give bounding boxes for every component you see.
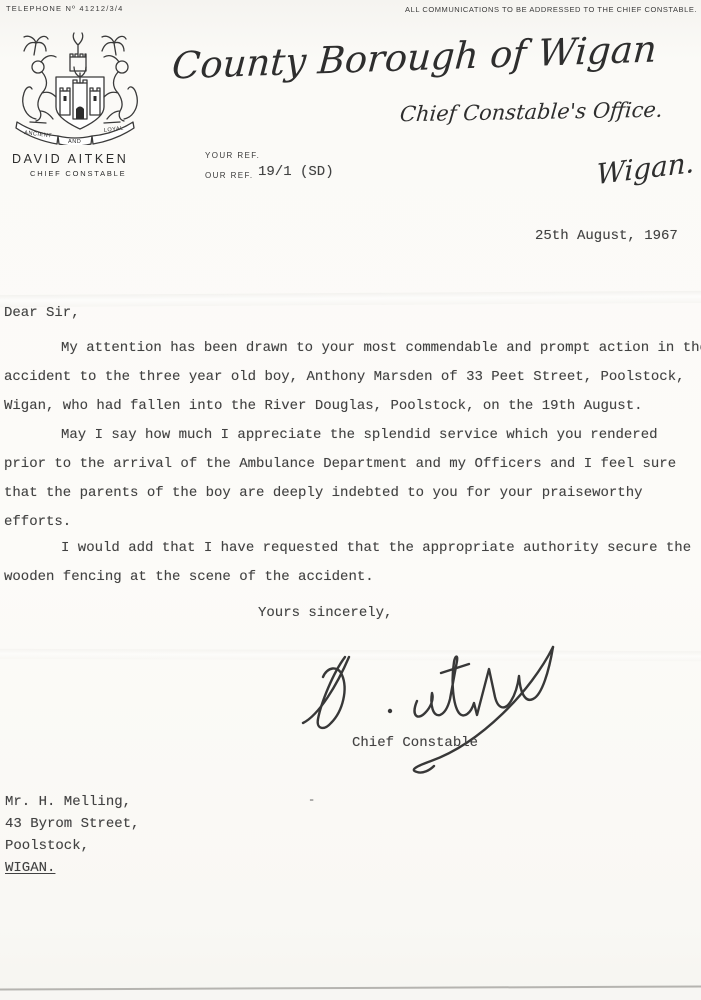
body-line: that the parents of the boy are deeply i… (4, 479, 676, 508)
body-line: prior to the arrival of the Ambulance De… (4, 450, 676, 479)
lion-supporter-right-icon (104, 56, 137, 123)
officer-name: DAVID AITKEN (12, 152, 128, 166)
body-line: My attention has been drawn to your most… (4, 334, 701, 363)
closing-phrase: Yours sincerely, (258, 605, 392, 621)
communications-notice: ALL COMMUNICATIONS TO BE ADDRESSED TO TH… (405, 5, 697, 14)
paper-crease (0, 291, 701, 307)
recipient-address: Mr. H. Melling, 43 Byrom Street, Poolsto… (5, 791, 139, 879)
paragraph-3: I would add that I have requested that t… (4, 534, 691, 592)
salutation: Dear Sir, (4, 299, 80, 328)
paragraph-1: My attention has been drawn to your most… (4, 334, 701, 421)
letter-page: TELEPHONE Nº 41212/3/4 ALL COMMUNICATION… (0, 0, 701, 1000)
signature: D. Aitken (285, 623, 580, 775)
place-name: Wigan. (596, 146, 695, 191)
tree-right-icon (102, 36, 126, 55)
stray-mark: - (308, 793, 315, 807)
recipient-line: Poolstock, (5, 835, 139, 857)
body-line: May I say how much I appreciate the sple… (4, 421, 676, 450)
tree-left-icon (24, 36, 48, 55)
office-name: Chief Constable's Office. (399, 98, 664, 127)
officer-title: CHIEF CONSTABLE (30, 169, 126, 178)
body-line: accident to the three year old boy, Anth… (4, 363, 701, 392)
lion-supporter-left-icon (23, 56, 56, 123)
body-line: efforts. (4, 508, 676, 537)
recipient-line: 43 Byrom Street, (5, 813, 139, 835)
letter-date: 25th August, 1967 (535, 228, 678, 244)
scan-bottom-strip (0, 988, 701, 1000)
your-ref-label: YOUR REF. (205, 151, 260, 160)
our-ref-label: OUR REF. (205, 171, 254, 180)
recipient-city: WIGAN. (5, 857, 139, 879)
our-ref-value: 19/1 (SD) (258, 164, 334, 180)
wigan-coat-of-arms: ANCIENT AND LOYAL (12, 27, 138, 145)
recipient-line: Mr. H. Melling, (5, 791, 139, 813)
motto-word-and: AND (68, 139, 81, 145)
crest-tower-icon (70, 33, 86, 71)
body-line: Wigan, who had fallen into the River Dou… (4, 392, 701, 421)
paragraph-2: May I say how much I appreciate the sple… (4, 421, 676, 537)
organisation-name: County Borough of Wigan (171, 27, 659, 87)
body-line: I would add that I have requested that t… (4, 534, 691, 563)
signer-title: Chief Constable (352, 735, 478, 751)
telephone-number: TELEPHONE Nº 41212/3/4 (6, 4, 124, 13)
shield-icon (56, 67, 104, 129)
body-line: wooden fencing at the scene of the accid… (4, 563, 691, 592)
